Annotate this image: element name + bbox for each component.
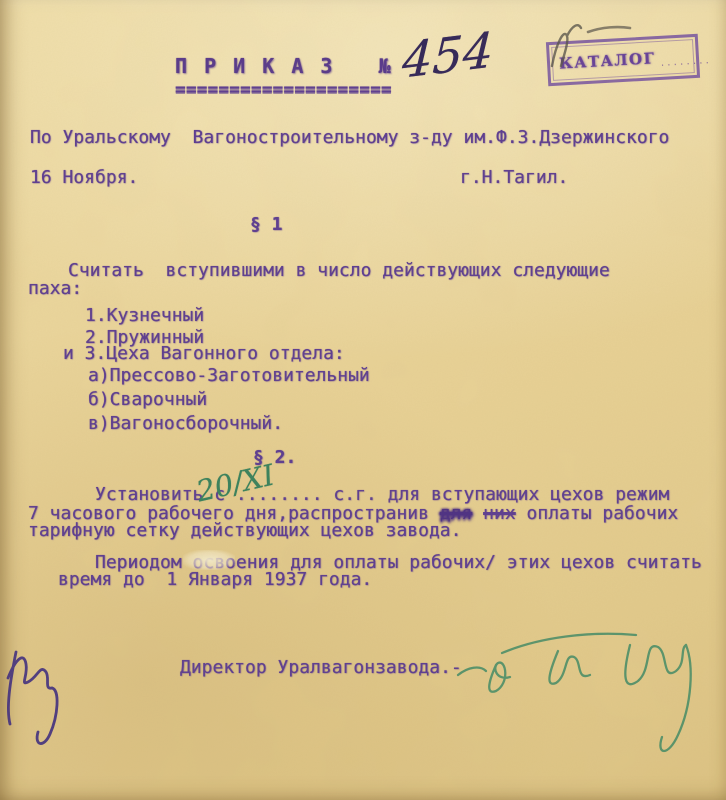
margin-signature-purple: [0, 638, 70, 768]
organization-line: По Уральскому Вагоностроительному з-ду и…: [30, 128, 669, 148]
list-item: и 3.Цеха Вагонного отдела:: [63, 344, 345, 364]
struck-word: них: [483, 503, 516, 524]
scanned-order-document: КАТАЛОГ ........ П Р И К А З № =========…: [0, 0, 726, 800]
handwritten-order-number: 454: [401, 22, 495, 90]
director-signature-green: [440, 625, 726, 785]
section2-line3: тарифную сетку действующих цехов завода.: [28, 521, 461, 541]
order-title: П Р И К А З №: [175, 56, 393, 76]
signature-title-line: Директор Уралвагонзавода.-: [180, 658, 462, 678]
section2-line1-post: с.г. для вступающих цехов режим: [323, 484, 670, 505]
list-item: а)Прессово-Заготовительный: [88, 366, 370, 386]
section1-intro-line2: паха:: [28, 279, 82, 299]
city-line: г.Н.Тагил.: [460, 168, 568, 188]
list-item: в)Вагоносборочный.: [88, 414, 283, 434]
order-title-underline: ====================: [175, 80, 392, 100]
date-line: 16 Ноября.: [30, 168, 138, 188]
catalog-stamp-dots: ........: [659, 56, 711, 69]
section2-line1: Установить с ........ с.г. для вступающи…: [95, 485, 669, 505]
catalog-stamp: КАТАЛОГ ........: [546, 34, 700, 86]
section1-intro-line1: Считать вступившими в число действующих …: [68, 261, 610, 281]
list-item: б)Сварочный: [88, 390, 207, 410]
list-item: 1.Кузнечный: [85, 306, 204, 326]
section1-heading: § 1: [250, 215, 283, 235]
section2-line5: время до 1 Января 1937 года.: [58, 570, 372, 590]
section2-line2-post: оплаты рабочих: [516, 503, 679, 524]
catalog-stamp-label: КАТАЛОГ: [559, 49, 656, 72]
